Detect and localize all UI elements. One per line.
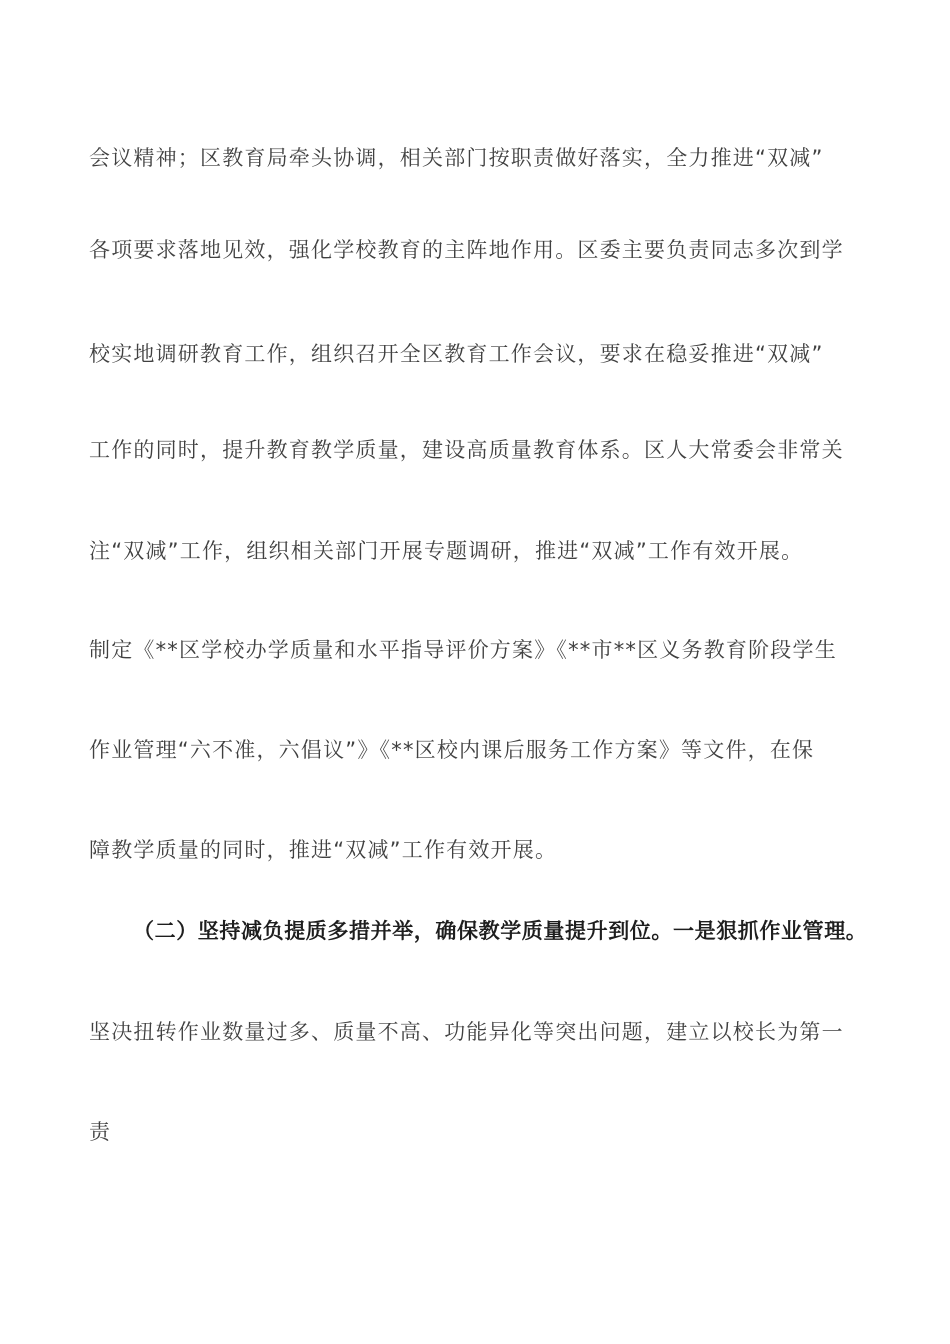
paragraph-line-4: 工作的同时，提升教育教学质量，建设高质量教育体系。区人大常委会非常关 <box>89 436 844 464</box>
section-heading-2: （二）坚持减负提质多措并举，确保教学质量提升到位。一是狠抓作业管理。 <box>133 917 867 945</box>
paragraph-line-7: 作业管理“六不准，六倡议”》《**区校内课后服务工作方案》等文件，在保 <box>89 736 814 764</box>
paragraph-line-5: 注“双减”工作，组织相关部门开展专题调研，推进“双减”工作有效开展。 <box>89 537 803 565</box>
paragraph-line-2: 各项要求落地见效，强化学校教育的主阵地作用。区委主要负责同志多次到学 <box>89 236 844 264</box>
paragraph-line-8: 障教学质量的同时，推进“双减”工作有效开展。 <box>89 836 557 864</box>
paragraph-line-1: 会议精神；区教育局牵头协调，相关部门按职责做好落实，全力推进“双减” <box>89 144 824 172</box>
document-page: 会议精神；区教育局牵头协调，相关部门按职责做好落实，全力推进“双减” 各项要求落… <box>0 0 950 1344</box>
paragraph-line-3: 校实地调研教育工作，组织召开全区教育工作会议，要求在稳妥推进“双减” <box>89 340 824 368</box>
paragraph-line-10: 坚决扭转作业数量过多、质量不高、功能异化等突出问题，建立以校长为第一 <box>89 1018 844 1046</box>
paragraph-line-11: 责 <box>89 1118 111 1146</box>
paragraph-line-6: 制定《**区学校办学质量和水平指导评价方案》《**市**区义务教育阶段学生 <box>89 636 837 664</box>
